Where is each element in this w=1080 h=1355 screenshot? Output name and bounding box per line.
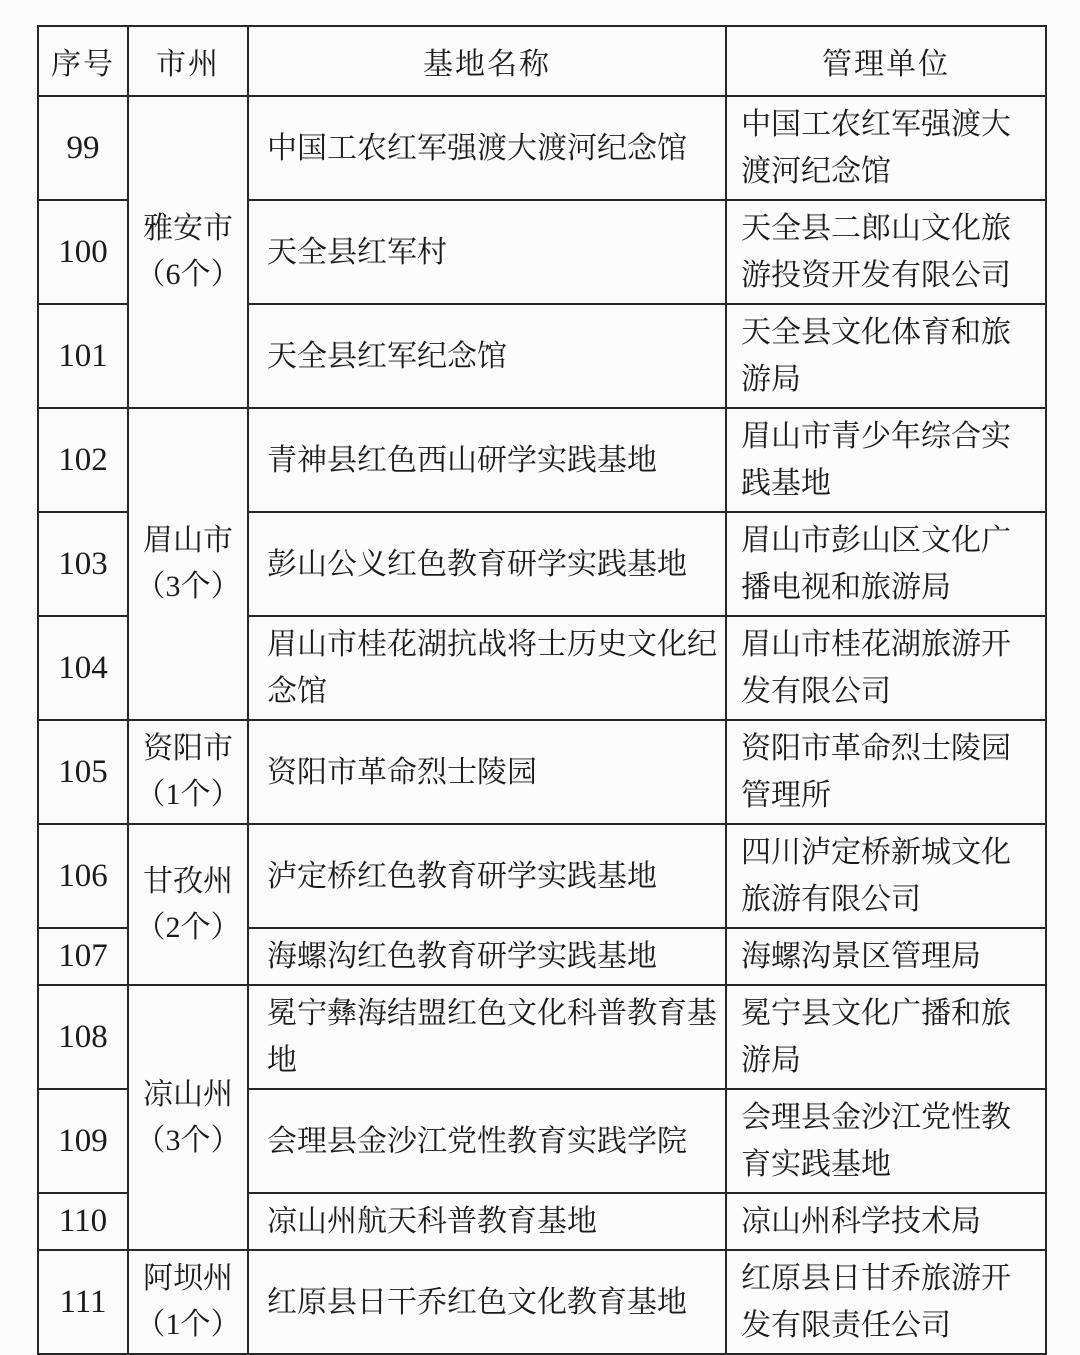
management-unit-cell: 中国工农红军强渡大渡河纪念馆: [726, 96, 1046, 200]
base-name-cell: 海螺沟红色教育研学实践基地: [248, 928, 726, 985]
city-cell: 资阳市 （1个）: [128, 720, 248, 824]
management-unit-cell: 红原县日甘乔旅游开发有限责任公司: [726, 1250, 1046, 1354]
table-row: 108 凉山州 （3个） 冕宁彝海结盟红色文化科普教育基地 冕宁县文化广播和旅游…: [38, 985, 1046, 1089]
header-base-name: 基地名称: [248, 26, 726, 96]
base-name-cell: 中国工农红军强渡大渡河纪念馆: [248, 96, 726, 200]
table-row: 106 甘孜州 （2个） 泸定桥红色教育研学实践基地 四川泸定桥新城文化旅游有限…: [38, 824, 1046, 928]
base-name-cell: 天全县红军纪念馆: [248, 304, 726, 408]
base-name-cell: 会理县金沙江党性教育实践学院: [248, 1089, 726, 1193]
serial-number-cell: 107: [38, 928, 128, 985]
base-name-cell: 冕宁彝海结盟红色文化科普教育基地: [248, 985, 726, 1089]
city-name: 资阳市: [131, 726, 245, 772]
management-unit-cell: 眉山市青少年综合实践基地: [726, 408, 1046, 512]
city-count: （3个）: [131, 1118, 245, 1164]
city-cell: 阿坝州 （1个）: [128, 1250, 248, 1354]
management-unit-cell: 冕宁县文化广播和旅游局: [726, 985, 1046, 1089]
serial-number-cell: 104: [38, 616, 128, 720]
table-row: 99 雅安市 （6个） 中国工农红军强渡大渡河纪念馆 中国工农红军强渡大渡河纪念…: [38, 96, 1046, 200]
management-unit-cell: 海螺沟景区管理局: [726, 928, 1046, 985]
base-name-cell: 红原县日干乔红色文化教育基地: [248, 1250, 726, 1354]
red-education-bases-table: 序号 市州 基地名称 管理单位 99 雅安市 （6个） 中国工农红军强渡大渡河纪…: [37, 25, 1047, 1355]
management-unit-cell: 会理县金沙江党性教育实践基地: [726, 1089, 1046, 1193]
serial-number-cell: 103: [38, 512, 128, 616]
header-row: 序号 市州 基地名称 管理单位: [38, 26, 1046, 96]
serial-number-cell: 101: [38, 304, 128, 408]
header-city-prefecture: 市州: [128, 26, 248, 96]
base-name-cell: 天全县红军村: [248, 200, 726, 304]
serial-number-cell: 108: [38, 985, 128, 1089]
management-unit-cell: 天全县二郎山文化旅游投资开发有限公司: [726, 200, 1046, 304]
city-count: （1个）: [131, 1302, 245, 1348]
city-cell: 眉山市 （3个）: [128, 408, 248, 720]
management-unit-cell: 凉山州科学技术局: [726, 1193, 1046, 1250]
city-name: 阿坝州: [131, 1256, 245, 1302]
header-serial-number: 序号: [38, 26, 128, 96]
table-row: 102 眉山市 （3个） 青神县红色西山研学实践基地 眉山市青少年综合实践基地: [38, 408, 1046, 512]
base-name-cell: 资阳市革命烈士陵园: [248, 720, 726, 824]
table-row: 105 资阳市 （1个） 资阳市革命烈士陵园 资阳市革命烈士陵园管理所: [38, 720, 1046, 824]
header-management-unit: 管理单位: [726, 26, 1046, 96]
serial-number-cell: 100: [38, 200, 128, 304]
management-unit-cell: 眉山市彭山区文化广播电视和旅游局: [726, 512, 1046, 616]
management-unit-cell: 眉山市桂花湖旅游开发有限公司: [726, 616, 1046, 720]
serial-number-cell: 110: [38, 1193, 128, 1250]
management-unit-cell: 天全县文化体育和旅游局: [726, 304, 1046, 408]
serial-number-cell: 102: [38, 408, 128, 512]
base-name-cell: 眉山市桂花湖抗战将士历史文化纪念馆: [248, 616, 726, 720]
bases-table-container: 序号 市州 基地名称 管理单位 99 雅安市 （6个） 中国工农红军强渡大渡河纪…: [37, 25, 1047, 1355]
base-name-cell: 青神县红色西山研学实践基地: [248, 408, 726, 512]
serial-number-cell: 106: [38, 824, 128, 928]
city-count: （2个）: [131, 905, 245, 951]
city-cell: 凉山州 （3个）: [128, 985, 248, 1250]
base-name-cell: 泸定桥红色教育研学实践基地: [248, 824, 726, 928]
city-name: 眉山市: [131, 518, 245, 564]
serial-number-cell: 99: [38, 96, 128, 200]
city-cell: 雅安市 （6个）: [128, 96, 248, 408]
serial-number-cell: 111: [38, 1250, 128, 1354]
city-name: 凉山州: [131, 1072, 245, 1118]
city-name: 雅安市: [131, 206, 245, 252]
table-row: 111 阿坝州 （1个） 红原县日干乔红色文化教育基地 红原县日甘乔旅游开发有限…: [38, 1250, 1046, 1354]
city-count: （1个）: [131, 772, 245, 818]
base-name-cell: 凉山州航天科普教育基地: [248, 1193, 726, 1250]
base-name-cell: 彭山公义红色教育研学实践基地: [248, 512, 726, 616]
management-unit-cell: 四川泸定桥新城文化旅游有限公司: [726, 824, 1046, 928]
city-cell: 甘孜州 （2个）: [128, 824, 248, 985]
management-unit-cell: 资阳市革命烈士陵园管理所: [726, 720, 1046, 824]
city-count: （3个）: [131, 564, 245, 610]
serial-number-cell: 109: [38, 1089, 128, 1193]
city-count: （6个）: [131, 252, 245, 298]
city-name: 甘孜州: [131, 859, 245, 905]
serial-number-cell: 105: [38, 720, 128, 824]
